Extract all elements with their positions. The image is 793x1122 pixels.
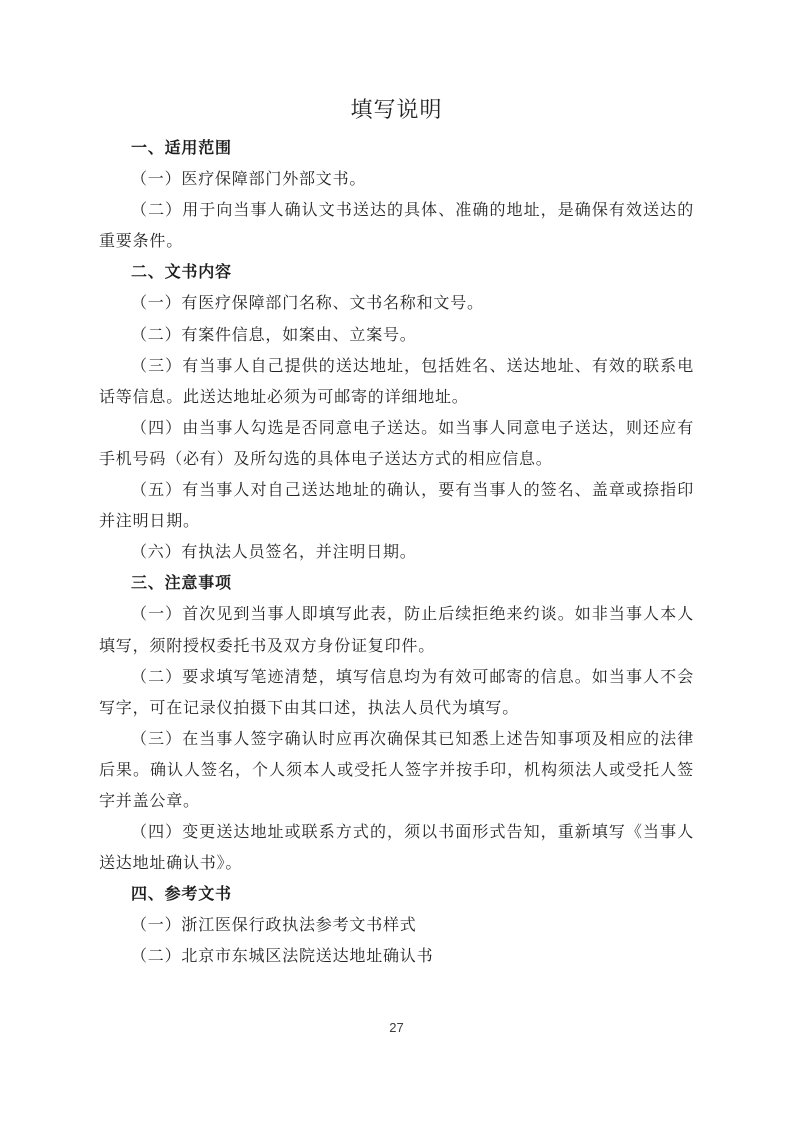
paragraph: （二）要求填写笔迹清楚，填写信息均为有效可邮寄的信息。如当事人不会写字，可在记录…: [99, 662, 694, 724]
paragraph: （二）有案件信息，如案由、立案号。: [99, 320, 694, 351]
paragraph: （一）首次见到当事人即填写此表，防止后续拒绝来约谈。如非当事人本人填写，须附授权…: [99, 599, 694, 661]
section-heading-notes: 三、注意事项: [99, 568, 694, 599]
paragraph: （一）有医疗保障部门名称、文书名称和文号。: [99, 288, 694, 319]
paragraph: （四）变更送达地址或联系方式的，须以书面形式告知，重新填写《当事人送达地址确认书…: [99, 817, 694, 879]
paragraph: （三）在当事人签字确认时应再次确保其已知悉上述告知事项及相应的法律后果。确认人签…: [99, 724, 694, 817]
paragraph: （三）有当事人自己提供的送达地址，包括姓名、送达地址、有效的联系电话等信息。此送…: [99, 351, 694, 413]
paragraph: （五）有当事人对自己送达地址的确认，要有当事人的签名、盖章或捺指印并注明日期。: [99, 475, 694, 537]
paragraph: （一）浙江医保行政执法参考文书样式: [99, 910, 694, 941]
paragraph: （四）由当事人勾选是否同意电子送达。如当事人同意电子送达，则还应有手机号码（必有…: [99, 413, 694, 475]
section-heading-content: 二、文书内容: [99, 257, 694, 288]
paragraph: （二）用于向当事人确认文书送达的具体、准确的地址，是确保有效送达的重要条件。: [99, 195, 694, 257]
section-heading-references: 四、参考文书: [99, 879, 694, 910]
paragraph: （一）医疗保障部门外部文书。: [99, 164, 694, 195]
document-content: 填写说明 一、适用范围 （一）医疗保障部门外部文书。 （二）用于向当事人确认文书…: [99, 0, 694, 973]
paragraph: （六）有执法人员签名，并注明日期。: [99, 537, 694, 568]
section-heading-scope: 一、适用范围: [99, 133, 694, 164]
document-page: 填写说明 一、适用范围 （一）医疗保障部门外部文书。 （二）用于向当事人确认文书…: [0, 0, 793, 1122]
page-number: 27: [0, 1020, 793, 1035]
page-title: 填写说明: [99, 95, 694, 125]
document-body: 一、适用范围 （一）医疗保障部门外部文书。 （二）用于向当事人确认文书送达的具体…: [99, 133, 694, 973]
paragraph: （二）北京市东城区法院送达地址确认书: [99, 941, 694, 972]
